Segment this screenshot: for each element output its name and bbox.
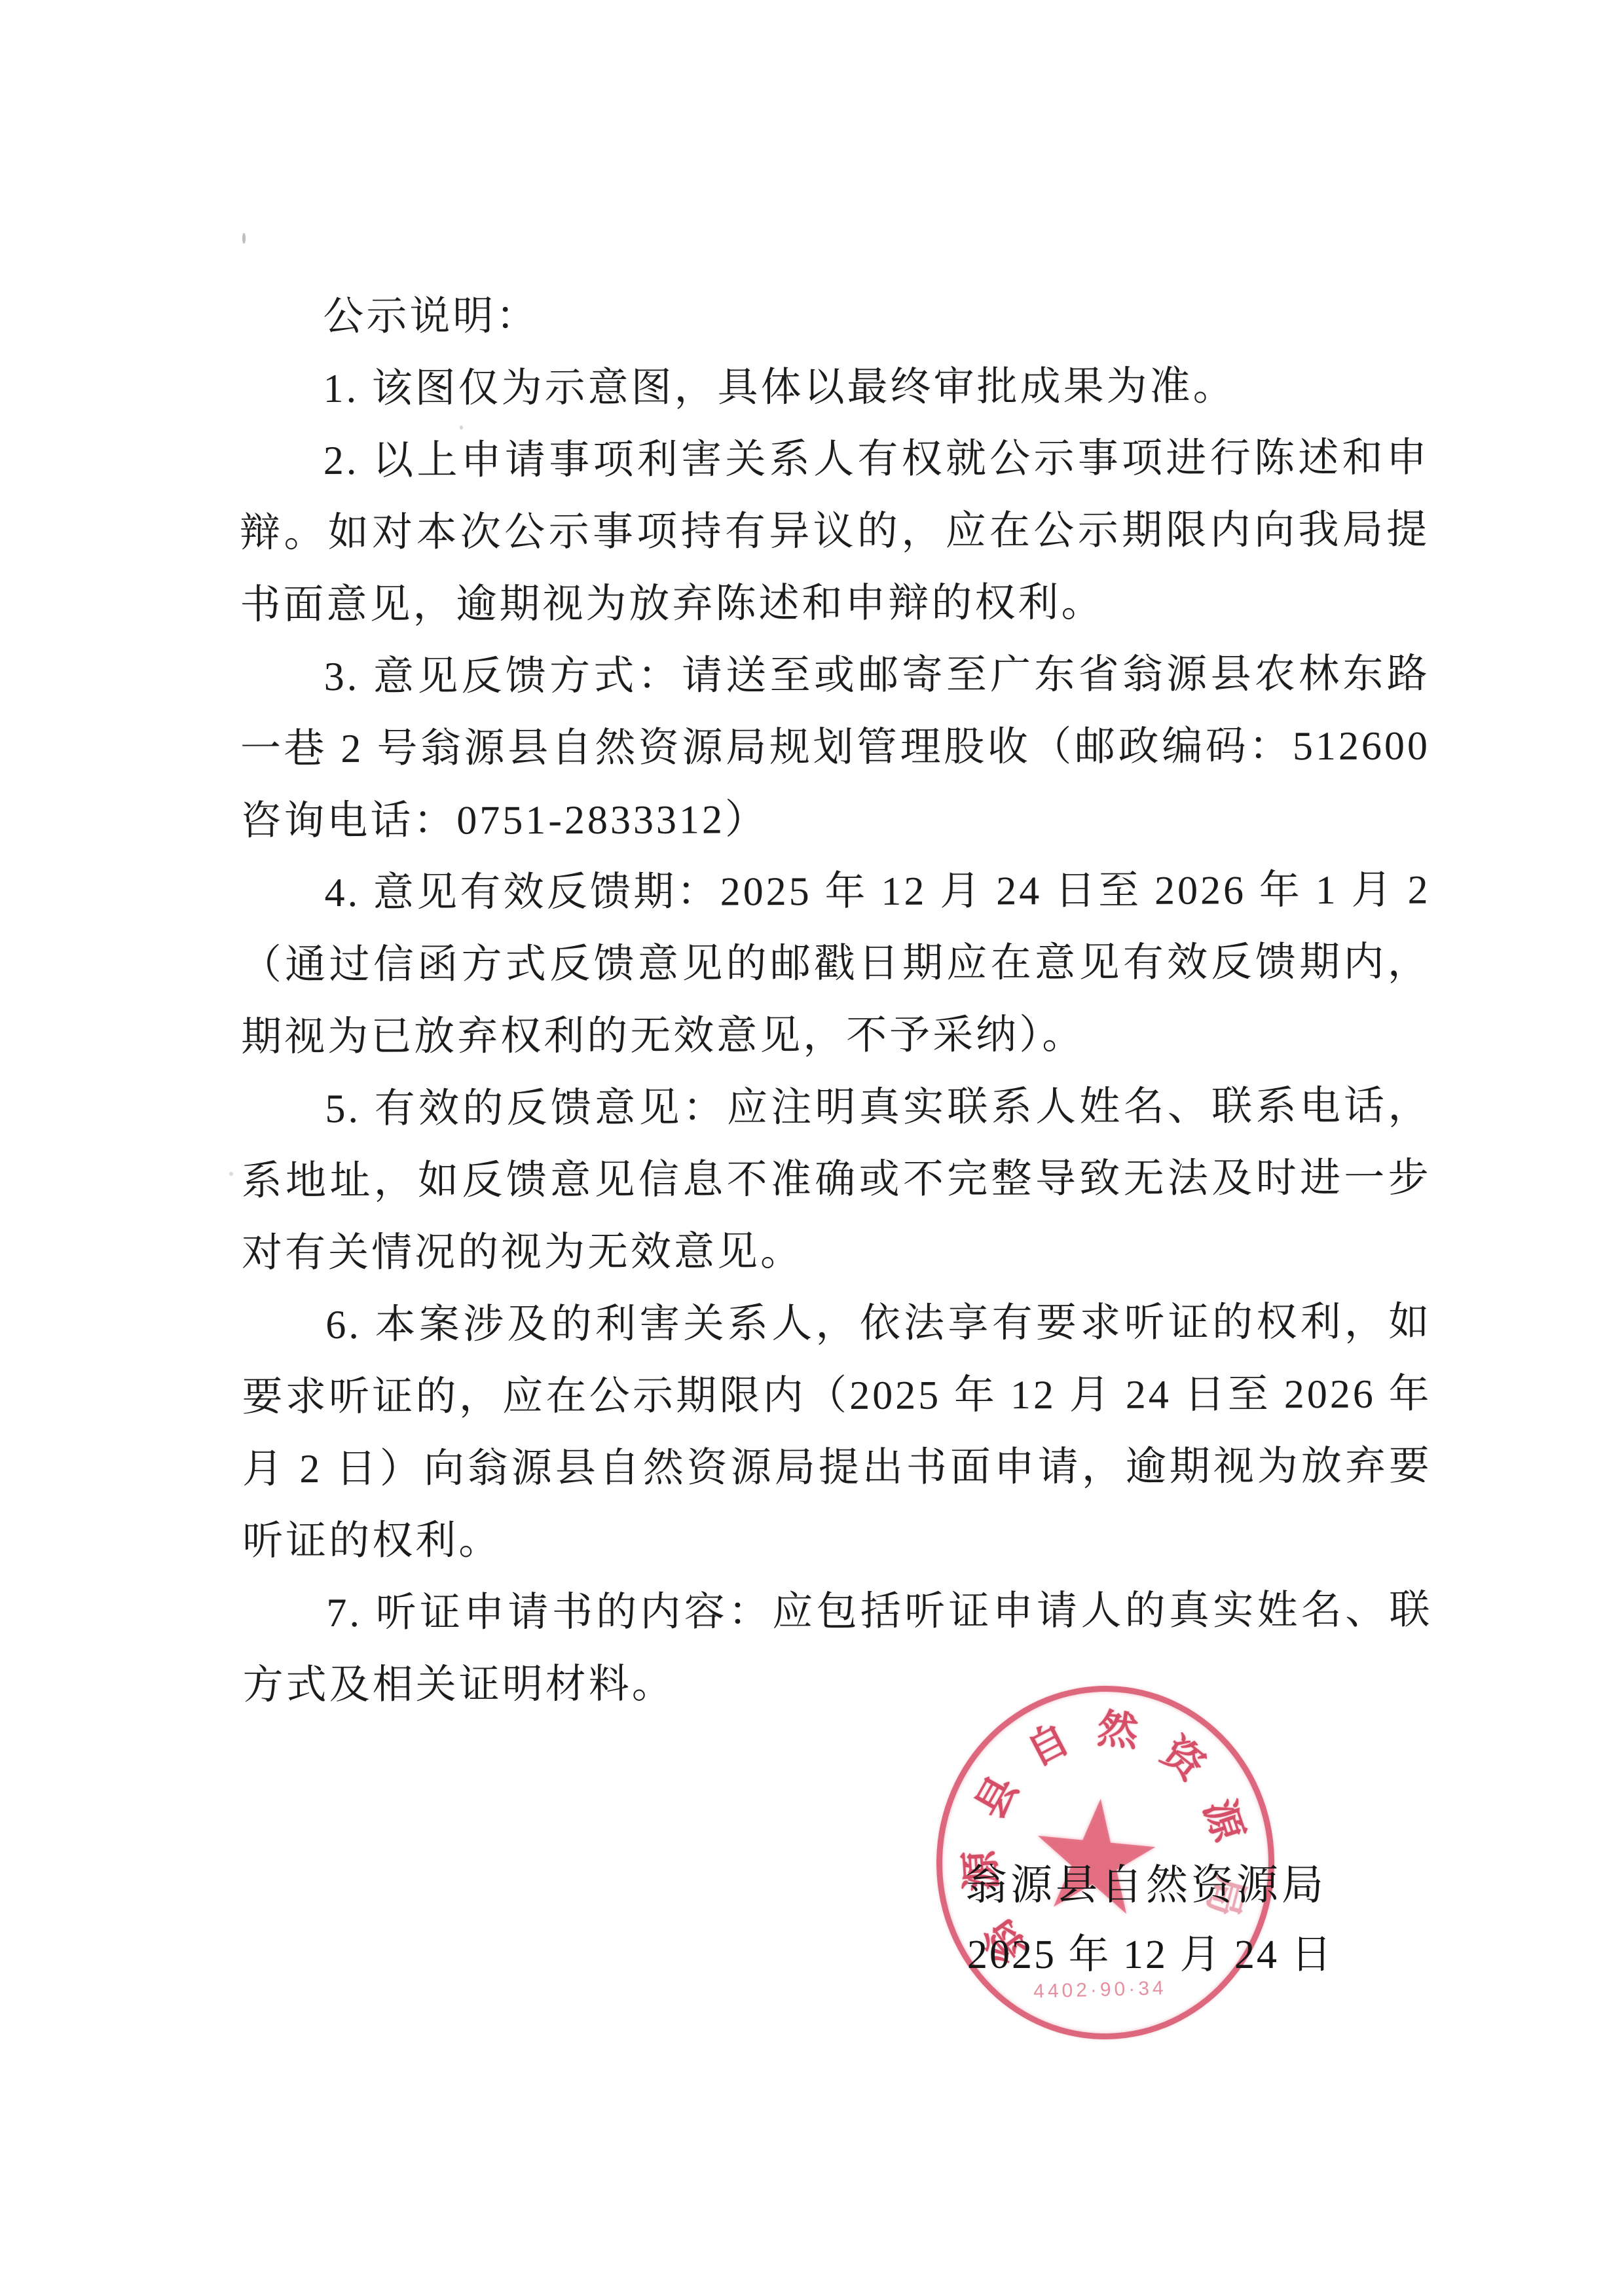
scanned-notice-page: 公示说明： 1. 该图仅为示意图，具体以最终审批成果为准。 2. 以上申请事项利… xyxy=(0,0,1624,2296)
notice-line-16: 月 2 日）向翁源县自然资源局提出书面申请，逾期视为放弃要求 xyxy=(242,1430,1432,1506)
notice-line-7: 咨询电话：0751-2833312） xyxy=(240,782,1430,858)
notice-line-5: 3. 意见反馈方式：请送至或邮寄至广东省翁源县农林东路南 xyxy=(240,638,1430,714)
notice-line-1: 1. 该图仅为示意图，具体以最终审批成果为准。 xyxy=(239,350,1429,426)
notice-line-4: 书面意见，逾期视为放弃陈述和申辩的权利。 xyxy=(240,566,1430,642)
notice-line-6: 一巷 2 号翁源县自然资源局规划管理股收（邮政编码：512600 ， xyxy=(240,710,1430,786)
notice-line-13: 对有关情况的视为无效意见。 xyxy=(242,1214,1431,1290)
star-icon: ★ xyxy=(1018,1762,1172,1953)
scan-speck xyxy=(460,426,463,429)
notice-line-12: 系地址，如反馈意见信息不准确或不完整导致无法及时进一步核 xyxy=(242,1142,1431,1218)
notice-title: 公示说明： xyxy=(239,278,1429,354)
scan-speck xyxy=(229,1172,233,1176)
notice-line-8: 4. 意见有效反馈期：2025 年 12 月 24 日至 2026 年 1 月 … xyxy=(240,854,1430,930)
seal-ring-char: 然 xyxy=(1095,1696,1141,1758)
signature-agency: 翁源县自然资源局 xyxy=(965,1858,1327,1913)
notice-line-15: 要求听证的，应在公示期限内（2025 年 12 月 24 日至 2026 年 1 xyxy=(242,1358,1431,1434)
notice-line-17: 听证的权利。 xyxy=(242,1503,1432,1578)
notice-line-11: 5. 有效的反馈意见：应注明真实联系人姓名、联系电话，联 xyxy=(241,1070,1431,1146)
notice-line-14: 6. 本案涉及的利害关系人，依法享有要求听证的权利，如需 xyxy=(242,1286,1431,1362)
notice-line-9: （通过信函方式反馈意见的邮戳日期应在意见有效反馈期内，逾 xyxy=(241,926,1431,1002)
notice-line-10: 期视为已放弃权利的无效意见，不予采纳）。 xyxy=(241,998,1431,1074)
scan-speck xyxy=(242,233,246,244)
notice-line-18: 7. 听证申请书的内容：应包括听证申请人的真实姓名、联系 xyxy=(242,1575,1432,1650)
notice-line-3: 辩。如对本次公示事项持有异议的，应在公示期限内向我局提出 xyxy=(240,494,1430,570)
notice-line-2: 2. 以上申请事项利害关系人有权就公示事项进行陈述和申 xyxy=(240,422,1430,498)
signature-date: 2025 年 12 月 24 日 xyxy=(967,1929,1334,1981)
notice-body: 公示说明： 1. 该图仅为示意图，具体以最终审批成果为准。 2. 以上申请事项利… xyxy=(239,278,1433,1722)
